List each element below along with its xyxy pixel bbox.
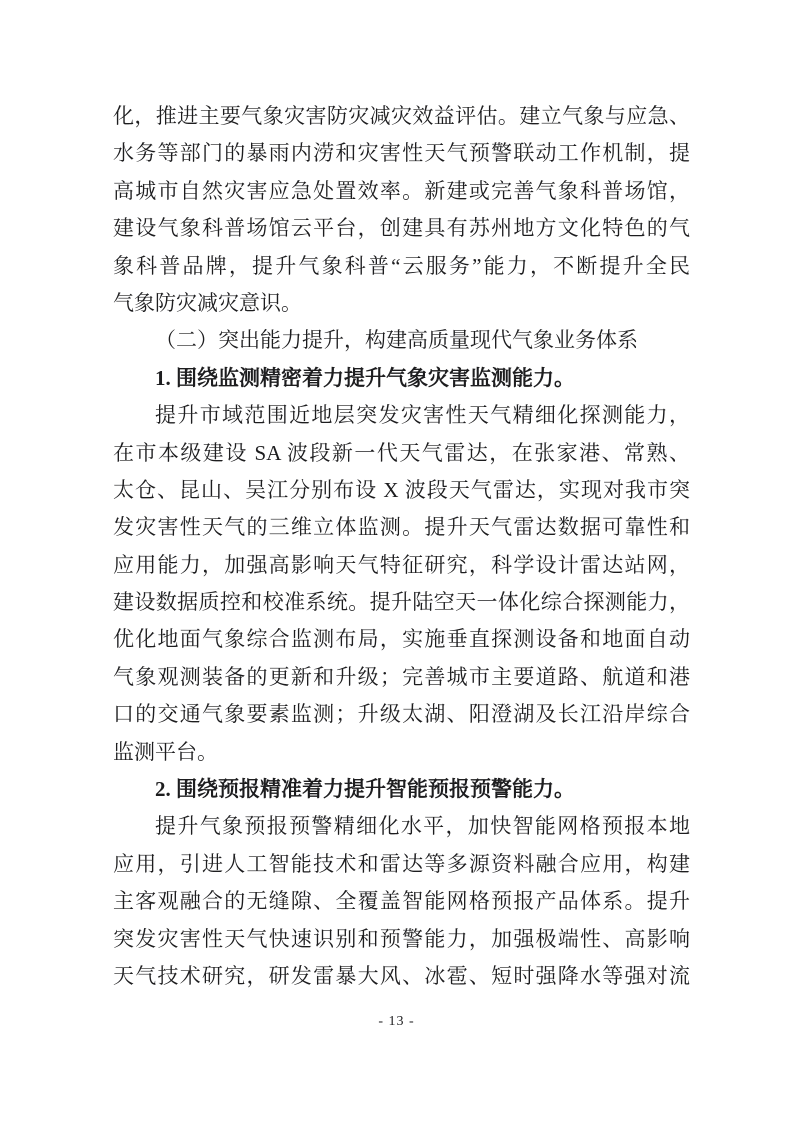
body-text-line: 应用能力，加强高影响天气特征研究，科学设计雷达站网， [113, 547, 690, 584]
body-text-line: 主客观融合的无缝隙、全覆盖智能网格预报产品体系。提升 [113, 883, 690, 920]
body-text-line: 化，推进主要气象灾害防灾减灾效益评估。建立气象与应急、 [113, 98, 690, 135]
body-text-line: 提升市域范围近地层突发灾害性天气精细化探测能力， [113, 397, 690, 434]
numbered-heading: 1. 围绕监测精密着力提升气象灾害监测能力。 [113, 360, 690, 397]
numbered-heading: 2. 围绕预报精准着力提升智能预报预警能力。 [113, 771, 690, 808]
body-text-line: 水务等部门的暴雨内涝和灾害性天气预警联动工作机制，提 [113, 135, 690, 172]
subsection-heading: （二）突出能力提升，构建高质量现代气象业务体系 [113, 322, 690, 359]
body-text-line: 太仓、昆山、吴江分别布设 X 波段天气雷达，实现对我市突 [113, 472, 690, 509]
body-text-line: 建设气象科普场馆云平台，创建具有苏州地方文化特色的气 [113, 210, 690, 247]
body-text-line: 发灾害性天气的三维立体监测。提升天气雷达数据可靠性和 [113, 509, 690, 546]
body-text-line: 口的交通气象要素监测；升级太湖、阳澄湖及长江沿岸综合 [113, 696, 690, 733]
page-number: - 13 - [378, 1014, 414, 1029]
body-text-line: 提升气象预报预警精细化水平，加快智能网格预报本地 [113, 808, 690, 845]
body-text-line: 应用，引进人工智能技术和雷达等多源资料融合应用，构建 [113, 846, 690, 883]
body-text-line: 气象观测装备的更新和升级；完善城市主要道路、航道和港 [113, 659, 690, 696]
body-text-line: 高城市自然灾害应急处置效率。新建或完善气象科普场馆， [113, 173, 690, 210]
document-page: 化，推进主要气象灾害防灾减灾效益评估。建立气象与应急、水务等部门的暴雨内涝和灾害… [0, 0, 793, 1122]
body-text-line: 建设数据质控和校准系统。提升陆空天一体化综合探测能力， [113, 584, 690, 621]
body-text-line: 突发灾害性天气快速识别和预警能力，加强极端性、高影响 [113, 921, 690, 958]
body-text-line: 象科普品牌，提升气象科普“云服务”能力，不断提升全民 [113, 248, 690, 285]
body-text-line: 优化地面气象综合监测布局，实施垂直探测设备和地面自动 [113, 621, 690, 658]
body-text-line: 监测平台。 [113, 734, 690, 771]
page-footer: - 13 - [0, 1012, 793, 1032]
body-text-line: 在市本级建设 SA 波段新一代天气雷达，在张家港、常熟、 [113, 435, 690, 472]
body-text-line: 天气技术研究，研发雷暴大风、冰雹、短时强降水等强对流 [113, 958, 690, 995]
body-text-line: 气象防灾减灾意识。 [113, 285, 690, 322]
document-body: 化，推进主要气象灾害防灾减灾效益评估。建立气象与应急、水务等部门的暴雨内涝和灾害… [113, 98, 690, 995]
